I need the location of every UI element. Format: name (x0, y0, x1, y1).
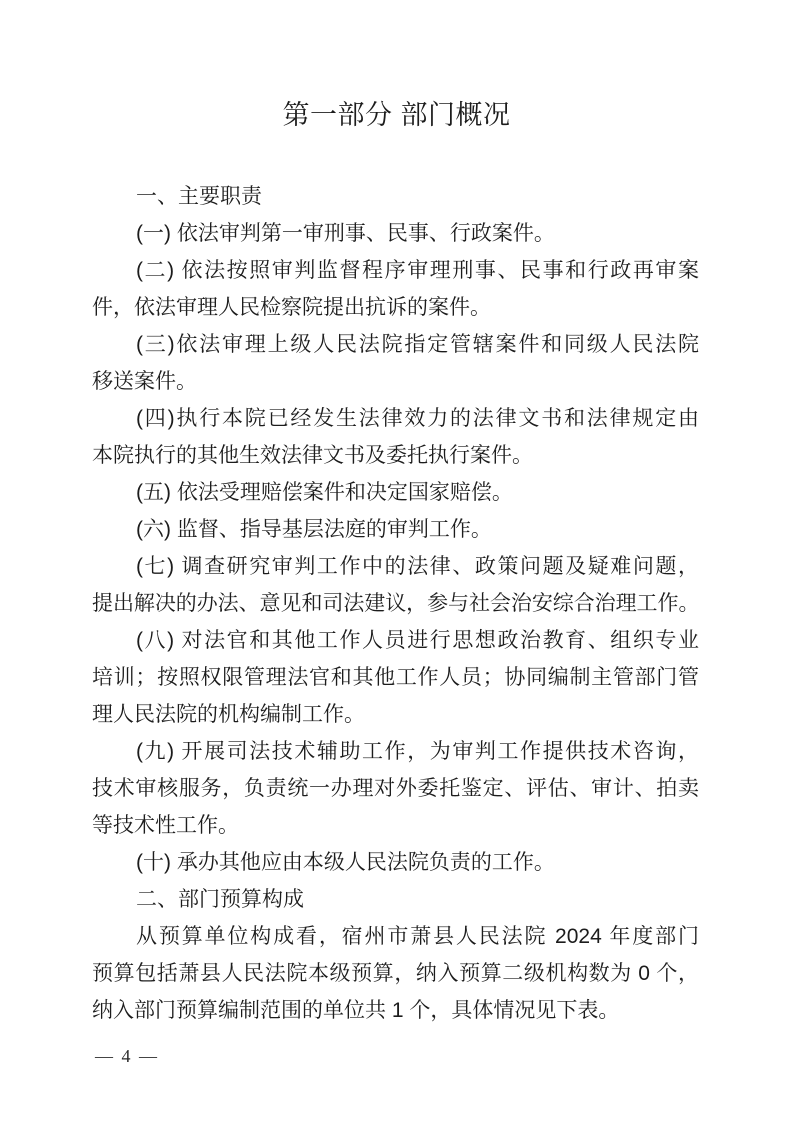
duty-item-1: (一) 依法审判第一审刑事、民事、行政案件。 (92, 215, 699, 252)
budget-paragraph-line-3: 纳入部门预算编制范围的单位共 1 个，具体情况见下表。 (92, 992, 699, 1029)
duty-item-7-line-1: (七) 调查研究审判工作中的法律、政策问题及疑难问题， (92, 548, 699, 585)
duty-item-8-line-2: 培训；按照权限管理法官和其他工作人员；协同编制主管部门管 (92, 659, 699, 696)
duty-item-3-line-2: 移送案件。 (92, 363, 699, 400)
duty-item-8-line-1: (八) 对法官和其他工作人员进行思想政治教育、组织专业 (92, 622, 699, 659)
duty-item-8-line-3: 理人民法院的机构编制工作。 (92, 696, 699, 733)
budget-paragraph-line-2: 预算包括萧县人民法院本级预算，纳入预算二级机构数为 0 个， (92, 955, 699, 992)
budget-paragraph-line-1: 从预算单位构成看，宿州市萧县人民法院 2024 年度部门 (92, 918, 699, 955)
duty-item-2-line-1: (二) 依法按照审判监督程序审理刑事、民事和行政再审案 (92, 252, 699, 289)
page-number: — 4 — (95, 1046, 159, 1067)
document-title: 第一部分 部门概况 (0, 98, 793, 132)
duty-item-4-line-2: 本院执行的其他生效法律文书及委托执行案件。 (92, 437, 699, 474)
duty-item-9-line-1: (九) 开展司法技术辅助工作，为审判工作提供技术咨询， (92, 733, 699, 770)
duty-item-3-line-1: (三)依法审理上级人民法院指定管辖案件和同级人民法院 (92, 326, 699, 363)
duty-item-9-line-2: 技术审核服务，负责统一办理对外委托鉴定、评估、审计、拍卖 (92, 770, 699, 807)
section-heading-duties: 一、主要职责 (92, 178, 699, 215)
section-heading-budget: 二、部门预算构成 (92, 881, 699, 918)
duty-item-4-line-1: (四)执行本院已经发生法律效力的法律文书和法律规定由 (92, 400, 699, 437)
document-page: 第一部分 部门概况 一、主要职责 (一) 依法审判第一审刑事、民事、行政案件。 … (0, 0, 793, 1122)
document-body: 一、主要职责 (一) 依法审判第一审刑事、民事、行政案件。 (二) 依法按照审判… (92, 178, 699, 1029)
duty-item-9-line-3: 等技术性工作。 (92, 807, 699, 844)
duty-item-5: (五) 依法受理赔偿案件和决定国家赔偿。 (92, 474, 699, 511)
duty-item-7-line-2: 提出解决的办法、意见和司法建议，参与社会治安综合治理工作。 (92, 585, 699, 622)
duty-item-2-line-2: 件，依法审理人民检察院提出抗诉的案件。 (92, 289, 699, 326)
duty-item-10: (十) 承办其他应由本级人民法院负责的工作。 (92, 844, 699, 881)
duty-item-6: (六) 监督、指导基层法庭的审判工作。 (92, 511, 699, 548)
